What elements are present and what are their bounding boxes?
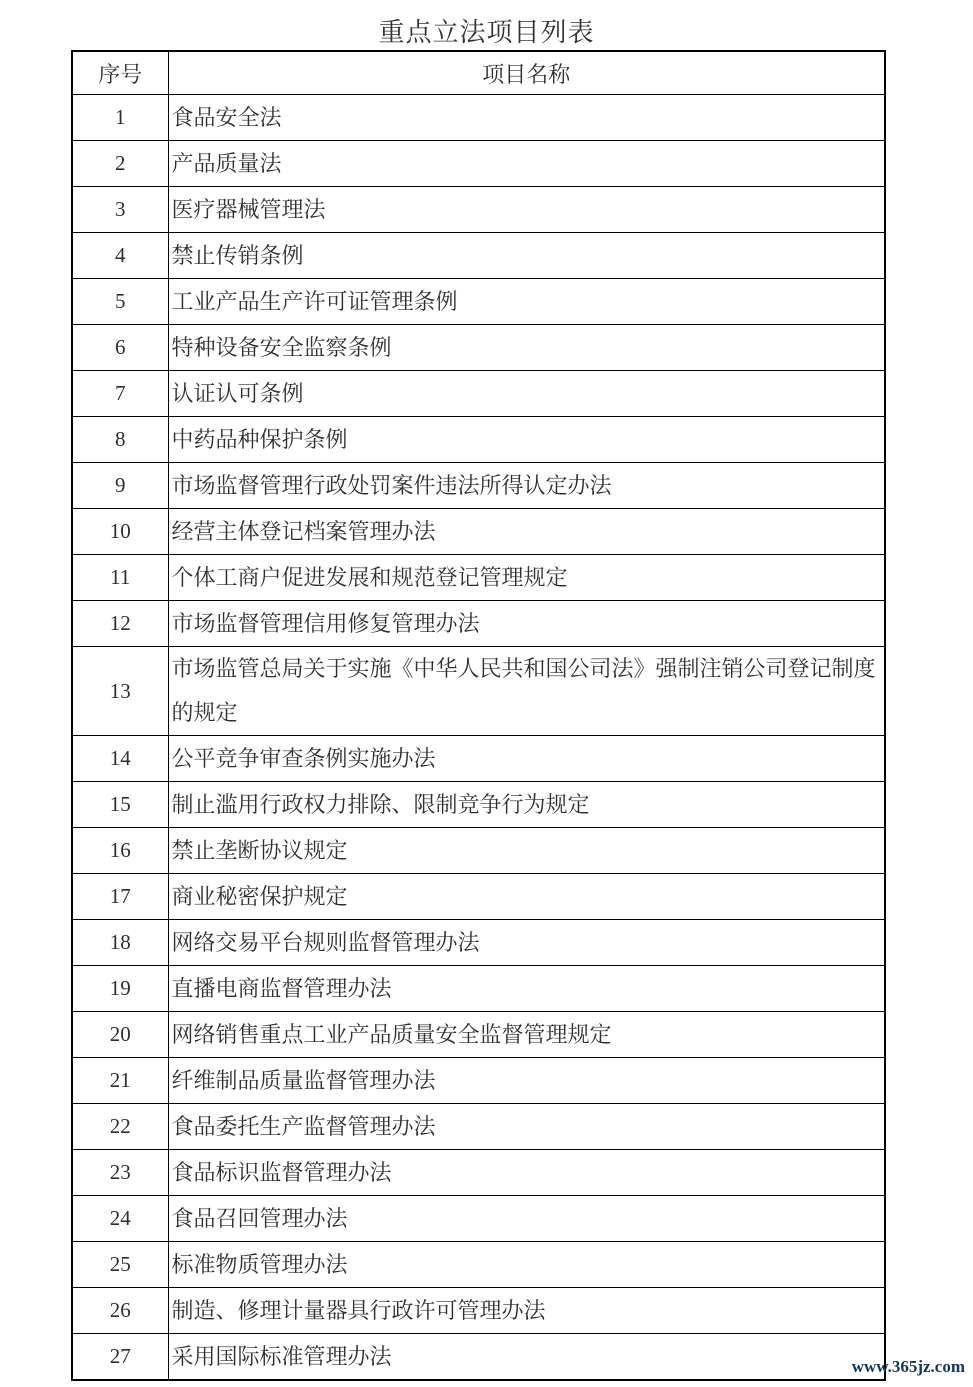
row-index-cell: 7 bbox=[72, 371, 168, 417]
row-index-cell: 27 bbox=[72, 1334, 168, 1381]
table-row: 19 直播电商监督管理办法 bbox=[72, 966, 885, 1012]
row-index-cell: 17 bbox=[72, 874, 168, 920]
row-index-cell: 1 bbox=[72, 95, 168, 141]
watermark: www.365jz.com bbox=[852, 1357, 965, 1377]
row-name-cell: 食品召回管理办法 bbox=[168, 1196, 885, 1242]
row-name-cell: 认证认可条例 bbox=[168, 371, 885, 417]
row-name-cell: 个体工商户促进发展和规范登记管理规定 bbox=[168, 555, 885, 601]
header-index: 序号 bbox=[72, 51, 168, 95]
row-index-cell: 26 bbox=[72, 1288, 168, 1334]
legislation-table: 序号 项目名称 1 食品安全法 2 产品质量法 3 医疗器械管理法 4 禁止传销… bbox=[71, 50, 886, 1381]
row-name-cell: 公平竞争审查条例实施办法 bbox=[168, 736, 885, 782]
row-name-cell: 食品安全法 bbox=[168, 95, 885, 141]
row-name-cell: 市场监督管理信用修复管理办法 bbox=[168, 601, 885, 647]
row-name-cell: 制止滥用行政权力排除、限制竞争行为规定 bbox=[168, 782, 885, 828]
row-name-cell: 食品标识监督管理办法 bbox=[168, 1150, 885, 1196]
row-index-cell: 11 bbox=[72, 555, 168, 601]
table-row: 26 制造、修理计量器具行政许可管理办法 bbox=[72, 1288, 885, 1334]
table-row: 10 经营主体登记档案管理办法 bbox=[72, 509, 885, 555]
row-name-cell: 中药品种保护条例 bbox=[168, 417, 885, 463]
table-row: 23 食品标识监督管理办法 bbox=[72, 1150, 885, 1196]
row-name-cell: 网络交易平台规则监督管理办法 bbox=[168, 920, 885, 966]
table-row: 4 禁止传销条例 bbox=[72, 233, 885, 279]
table-row: 25 标准物质管理办法 bbox=[72, 1242, 885, 1288]
row-index-cell: 10 bbox=[72, 509, 168, 555]
row-index-cell: 12 bbox=[72, 601, 168, 647]
row-index-cell: 24 bbox=[72, 1196, 168, 1242]
table-row: 18 网络交易平台规则监督管理办法 bbox=[72, 920, 885, 966]
row-index-cell: 5 bbox=[72, 279, 168, 325]
table-row: 21 纤维制品质量监督管理办法 bbox=[72, 1058, 885, 1104]
row-index-cell: 4 bbox=[72, 233, 168, 279]
row-index-cell: 19 bbox=[72, 966, 168, 1012]
row-name-cell: 工业产品生产许可证管理条例 bbox=[168, 279, 885, 325]
row-name-cell: 医疗器械管理法 bbox=[168, 187, 885, 233]
table-row: 20 网络销售重点工业产品质量安全监督管理规定 bbox=[72, 1012, 885, 1058]
table-row: 11 个体工商户促进发展和规范登记管理规定 bbox=[72, 555, 885, 601]
row-name-cell: 产品质量法 bbox=[168, 141, 885, 187]
table-header-row: 序号 项目名称 bbox=[72, 51, 885, 95]
table-row: 7 认证认可条例 bbox=[72, 371, 885, 417]
row-name-cell: 制造、修理计量器具行政许可管理办法 bbox=[168, 1288, 885, 1334]
table-row: 12 市场监督管理信用修复管理办法 bbox=[72, 601, 885, 647]
row-index-cell: 21 bbox=[72, 1058, 168, 1104]
table-row: 5 工业产品生产许可证管理条例 bbox=[72, 279, 885, 325]
page-title: 重点立法项目列表 bbox=[0, 12, 973, 49]
table-body: 1 食品安全法 2 产品质量法 3 医疗器械管理法 4 禁止传销条例 5 工业产… bbox=[72, 95, 885, 1381]
row-index-cell: 22 bbox=[72, 1104, 168, 1150]
row-name-cell: 标准物质管理办法 bbox=[168, 1242, 885, 1288]
table-row: 13 市场监管总局关于实施《中华人民共和国公司法》强制注销公司登记制度的规定 bbox=[72, 647, 885, 736]
table-row: 9 市场监督管理行政处罚案件违法所得认定办法 bbox=[72, 463, 885, 509]
table-row: 27 采用国际标准管理办法 bbox=[72, 1334, 885, 1381]
table-row: 6 特种设备安全监察条例 bbox=[72, 325, 885, 371]
header-name: 项目名称 bbox=[168, 51, 885, 95]
row-name-cell: 商业秘密保护规定 bbox=[168, 874, 885, 920]
row-index-cell: 3 bbox=[72, 187, 168, 233]
row-index-cell: 15 bbox=[72, 782, 168, 828]
row-index-cell: 20 bbox=[72, 1012, 168, 1058]
row-index-cell: 14 bbox=[72, 736, 168, 782]
row-index-cell: 25 bbox=[72, 1242, 168, 1288]
row-name-cell: 特种设备安全监察条例 bbox=[168, 325, 885, 371]
table-row: 22 食品委托生产监督管理办法 bbox=[72, 1104, 885, 1150]
table-row: 15 制止滥用行政权力排除、限制竞争行为规定 bbox=[72, 782, 885, 828]
table-row: 14 公平竞争审查条例实施办法 bbox=[72, 736, 885, 782]
row-index-cell: 6 bbox=[72, 325, 168, 371]
row-name-cell: 经营主体登记档案管理办法 bbox=[168, 509, 885, 555]
row-name-cell: 食品委托生产监督管理办法 bbox=[168, 1104, 885, 1150]
row-index-cell: 8 bbox=[72, 417, 168, 463]
table-row: 24 食品召回管理办法 bbox=[72, 1196, 885, 1242]
row-index-cell: 16 bbox=[72, 828, 168, 874]
row-name-cell: 纤维制品质量监督管理办法 bbox=[168, 1058, 885, 1104]
table-row: 8 中药品种保护条例 bbox=[72, 417, 885, 463]
row-index-cell: 23 bbox=[72, 1150, 168, 1196]
row-name-cell: 市场监管总局关于实施《中华人民共和国公司法》强制注销公司登记制度的规定 bbox=[168, 647, 885, 736]
row-name-cell: 禁止传销条例 bbox=[168, 233, 885, 279]
row-name-cell: 网络销售重点工业产品质量安全监督管理规定 bbox=[168, 1012, 885, 1058]
row-name-cell: 禁止垄断协议规定 bbox=[168, 828, 885, 874]
row-name-cell: 直播电商监督管理办法 bbox=[168, 966, 885, 1012]
row-index-cell: 2 bbox=[72, 141, 168, 187]
table-row: 16 禁止垄断协议规定 bbox=[72, 828, 885, 874]
row-name-cell: 采用国际标准管理办法 bbox=[168, 1334, 885, 1381]
table-row: 1 食品安全法 bbox=[72, 95, 885, 141]
table-row: 17 商业秘密保护规定 bbox=[72, 874, 885, 920]
row-index-cell: 18 bbox=[72, 920, 168, 966]
row-name-cell: 市场监督管理行政处罚案件违法所得认定办法 bbox=[168, 463, 885, 509]
table-row: 3 医疗器械管理法 bbox=[72, 187, 885, 233]
row-index-cell: 9 bbox=[72, 463, 168, 509]
row-index-cell: 13 bbox=[72, 647, 168, 736]
table-row: 2 产品质量法 bbox=[72, 141, 885, 187]
